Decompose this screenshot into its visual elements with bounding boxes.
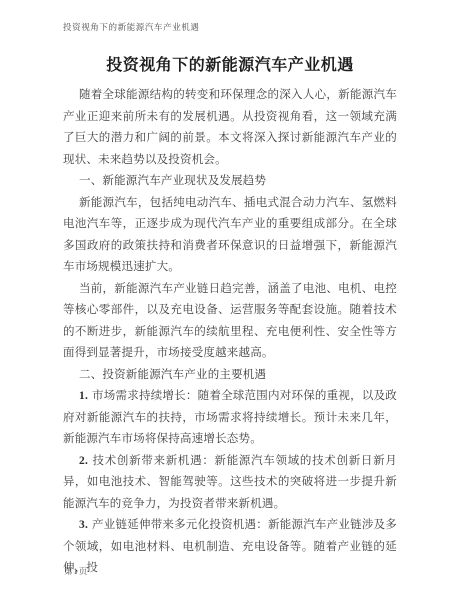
page-number-footer: 第1页 — [64, 565, 88, 577]
document-body: 投资视角下的新能源汽车产业机遇 随着全球能源结构的转变和环保理念的深入人心，新能… — [63, 54, 397, 580]
item-1-text: 市场需求持续增长：随着全球范围内对环保的重视，以及政府对新能源汽车的扶持，市场需… — [63, 390, 397, 445]
opportunity-item-3: 3.产业链延伸带来多元化投资机遇：新能源汽车产业链涉及多个领域，如电池材料、电机… — [63, 515, 397, 580]
section-2-heading: 二、投资新能源汽车产业的主要机遇 — [63, 365, 397, 387]
opportunity-item-2: 2.技术创新带来新机遇：新能源汽车领域的技术创新日新月异，如电池技术、智能驾驶等… — [63, 451, 397, 516]
opportunity-item-1: 1.市场需求持续增长：随着全球范围内对环保的重视，以及政府对新能源汽车的扶持，市… — [63, 386, 397, 451]
document-title: 投资视角下的新能源汽车产业机遇 — [63, 54, 397, 77]
item-2-text: 技术创新带来新机遇：新能源汽车领域的技术创新日新月异，如电池技术、智能驾驶等。这… — [63, 455, 397, 510]
section-1-heading: 一、新能源汽车产业现状及发展趋势 — [63, 171, 397, 193]
document-page: 投资视角下的新能源汽车产业机遇 投资视角下的新能源汽车产业机遇 随着全球能源结构… — [0, 0, 463, 600]
running-header: 投资视角下的新能源汽车产业机遇 — [63, 21, 200, 33]
section-1-paragraph-1: 新能源汽车，包括纯电动汽车、插电式混合动力汽车、氢燃料电池汽车等，正逐步成为现代… — [63, 193, 397, 279]
item-2-number: 2. — [79, 455, 88, 467]
section-1-paragraph-2: 当前，新能源汽车产业链日趋完善，涵盖了电池、电机、电控等核心零部件，以及充电设备… — [63, 279, 397, 365]
intro-paragraph: 随着全球能源结构的转变和环保理念的深入人心，新能源汽车产业正迎来前所未有的发展机… — [63, 85, 397, 171]
item-3-number: 3. — [79, 519, 88, 531]
item-3-text: 产业链延伸带来多元化投资机遇：新能源汽车产业链涉及多个领域，如电池材料、电机制造… — [63, 519, 397, 574]
item-1-number: 1. — [79, 390, 88, 402]
